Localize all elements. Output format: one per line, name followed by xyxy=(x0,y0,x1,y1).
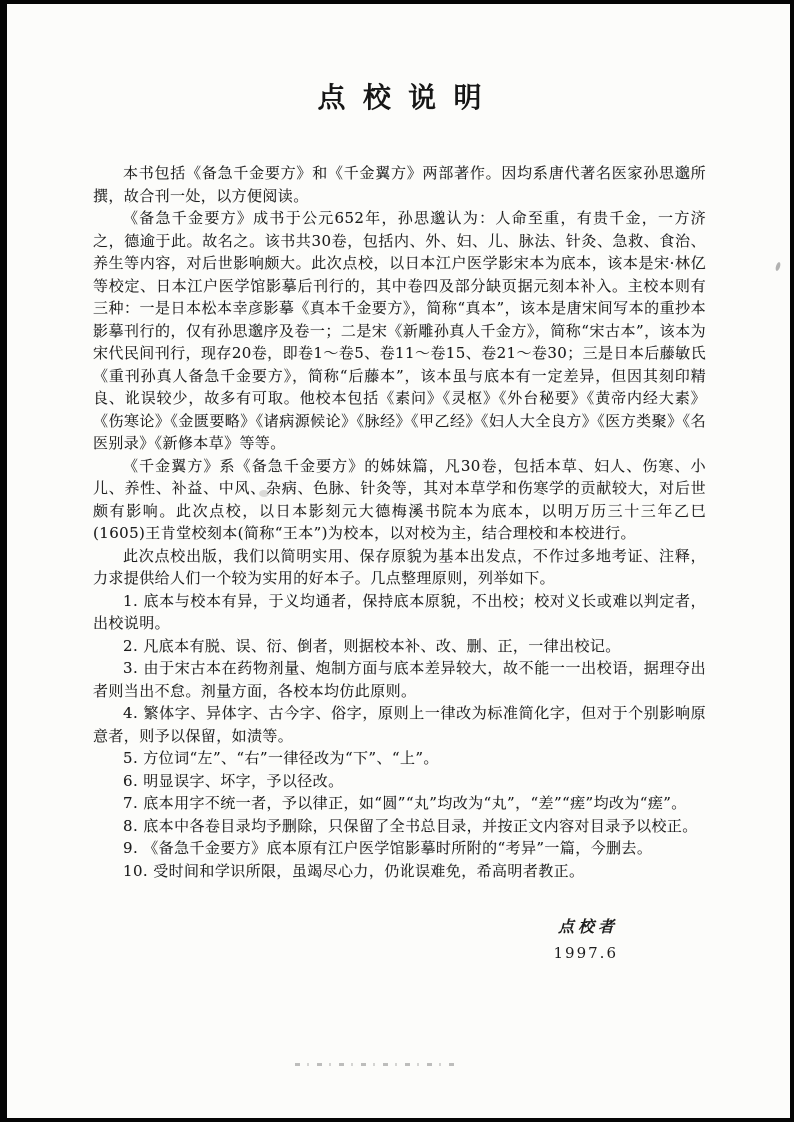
principle-item-5: 5. 方位词“左”、“右”一律径改为“下”、“上”。 xyxy=(93,747,706,770)
principle-item-2: 2. 凡底本有脱、误、衍、倒者，则据校本补、改、删、正，一律出校记。 xyxy=(93,635,706,658)
principle-item-6: 6. 明显误字、坏字，予以径改。 xyxy=(93,770,706,793)
colophon-date: 1997.6 xyxy=(93,940,618,966)
page-title: 点校说明 xyxy=(93,76,706,116)
principle-item-9: 9. 《备急千金要方》底本原有江户医学馆影摹时所附的“考异”一篇，今删去。 xyxy=(93,837,706,860)
principle-item-3: 3. 由于宋古本在药物剂量、炮制方面与底本差异较大，故不能一一出校语，据理夺出者… xyxy=(93,657,706,702)
intro-paragraph: 本书包括《备急千金要方》和《千金翼方》两部著作。因均系唐代著名医家孙思邈所撰，故… xyxy=(93,162,706,207)
principle-item-1: 1. 底本与校本有异，于义均通者，保持底本原貌，不出校；校对义长或难以判定者，出… xyxy=(93,590,706,635)
qianjin-yifang-paragraph: 《千金翼方》系《备急千金要方》的姊妹篇，凡30卷，包括本草、妇人、伤寒、小儿、养… xyxy=(93,455,706,545)
principle-item-10: 10. 受时间和学识所限，虽竭尽心力，仍讹误难免，希高明者教正。 xyxy=(93,860,706,883)
document-body: 本书包括《备急千金要方》和《千金翼方》两部著作。因均系唐代著名医家孙思邈所撰，故… xyxy=(93,162,706,882)
colophon: 点校者 1997.6 xyxy=(93,914,706,966)
principle-item-8: 8. 底本中各卷目录均予删除，只保留了全书总目录，并按正文内容对目录予以校正。 xyxy=(93,815,706,838)
qianjin-yaofang-paragraph: 《备急千金要方》成书于公元652年，孙思邈认为：人命至重，有贵千金，一方济之，德… xyxy=(93,207,706,455)
principle-item-7: 7. 底本用字不统一者，予以律正，如“圆”“丸”均改为“丸”，“差”“瘥”均改为… xyxy=(93,792,706,815)
scan-artifact-smudge xyxy=(259,490,269,497)
colophon-author: 点校者 xyxy=(93,914,618,940)
page-content: 点校说明 本书包括《备急千金要方》和《千金翼方》两部著作。因均系唐代著名医家孙思… xyxy=(7,4,790,966)
principle-item-4: 4. 繁体字、异体字、古今字、俗字，原则上一律改为标准简化字，但对于个别影响原意… xyxy=(93,702,706,747)
scan-artifact-dotted-line xyxy=(295,1063,455,1066)
principles-intro-paragraph: 此次点校出版，我们以简明实用、保存原貌为基本出发点，不作过多地考证、注释，力求提… xyxy=(93,545,706,590)
scanned-page: 点校说明 本书包括《备急千金要方》和《千金翼方》两部著作。因均系唐代著名医家孙思… xyxy=(0,0,794,1122)
